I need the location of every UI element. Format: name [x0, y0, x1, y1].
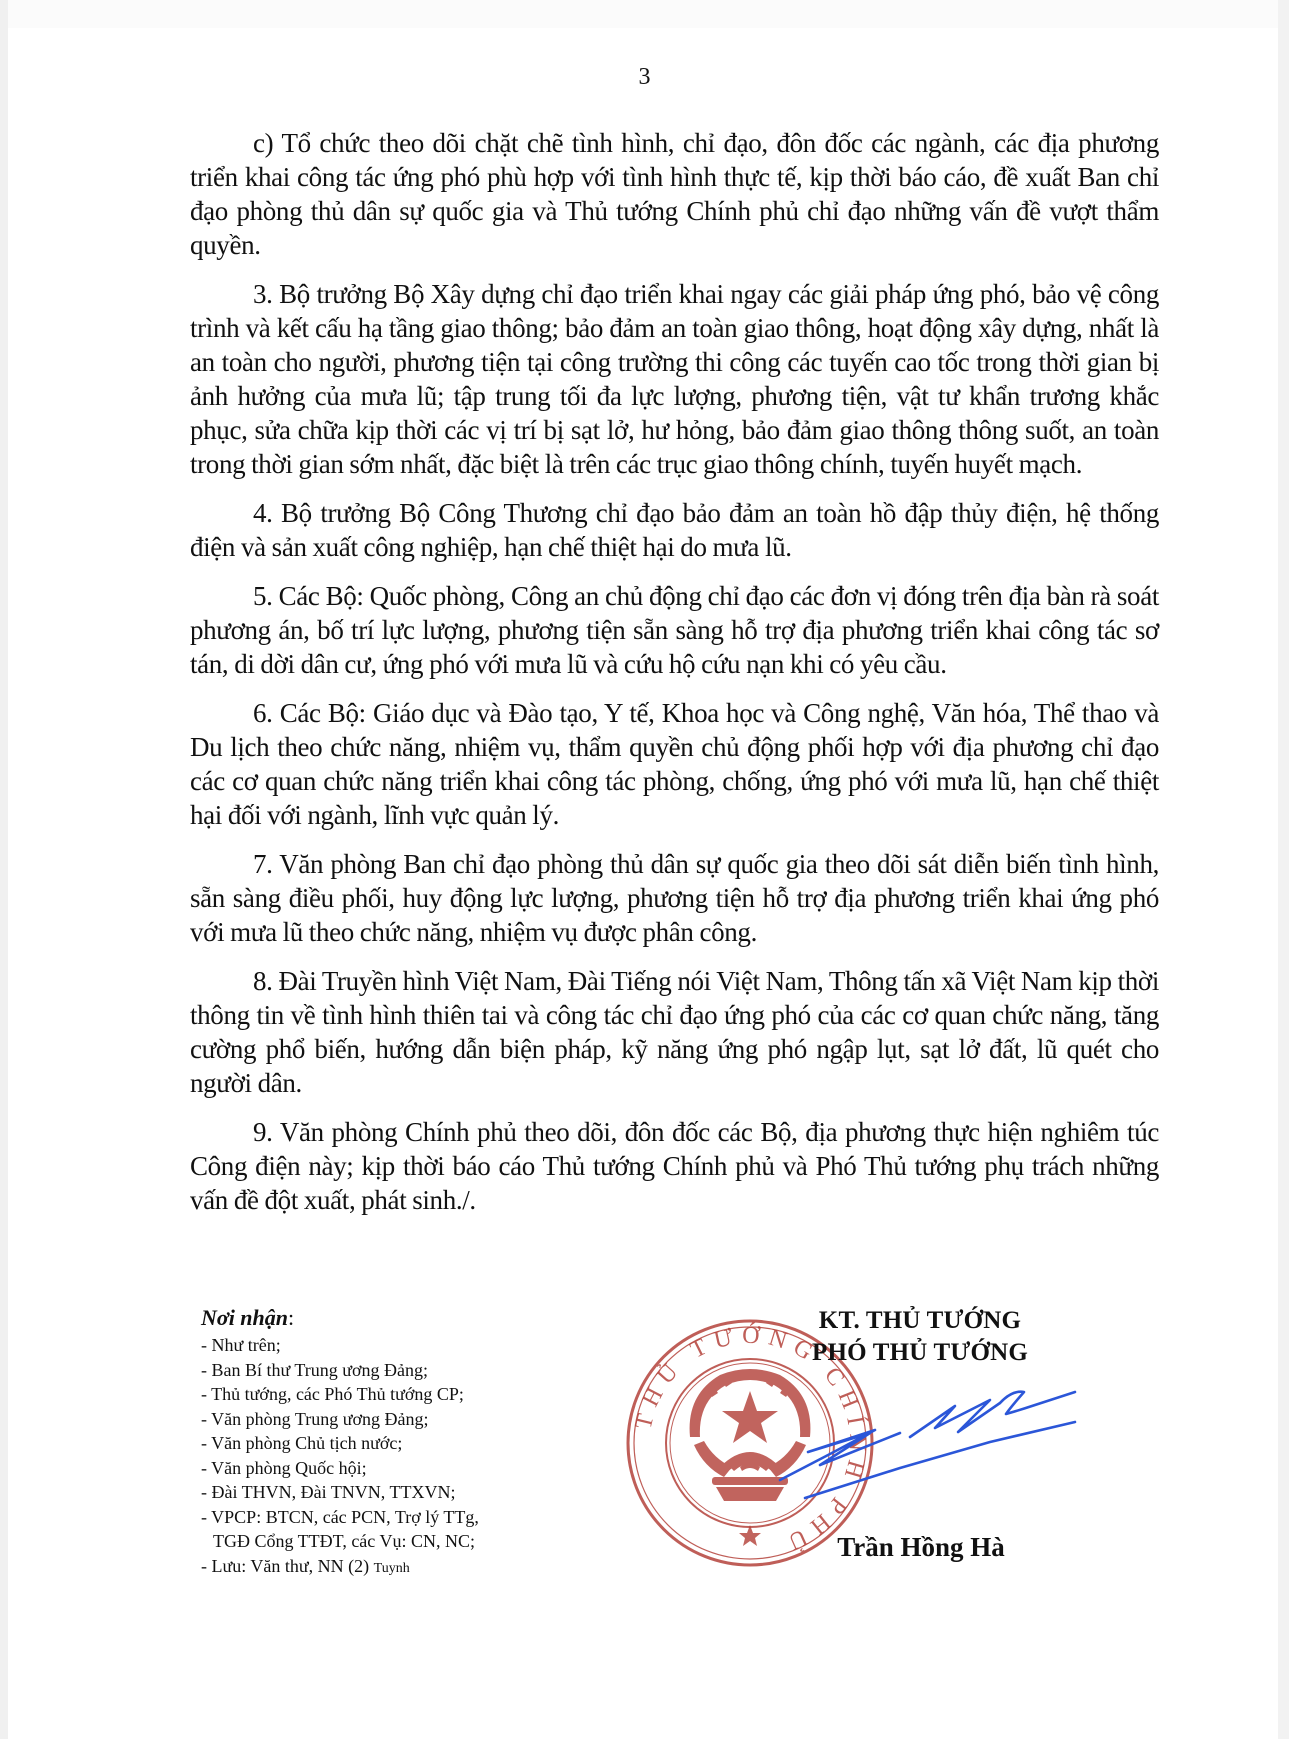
signature-authority-block: KT. THỦ TƯỚNG PHÓ THỦ TƯỚNG — [780, 1305, 1060, 1369]
recipients-block: Nơi nhận: - Như trên; - Ban Bí thư Trung… — [201, 1303, 601, 1581]
recipient-item: - Đài THVN, Đài TNVN, TTXVN; — [201, 1480, 601, 1505]
recipient-item-text: - VPCP: BTCN, các PCN, Trợ lý TTg, TGĐ C… — [201, 1507, 479, 1552]
page-edge-left — [0, 0, 8, 1739]
paragraph-5: 5. Các Bộ: Quốc phòng, Công an chủ động … — [190, 579, 1159, 681]
paragraph-9: 9. Văn phòng Chính phủ theo dõi, đôn đốc… — [190, 1115, 1159, 1217]
recipients-title-text: Nơi nhận — [201, 1305, 288, 1330]
paragraph-6: 6. Các Bộ: Giáo dục và Đào tạo, Y tế, Kh… — [190, 696, 1159, 832]
paragraph-7: 7. Văn phòng Ban chỉ đạo phòng thủ dân s… — [190, 847, 1159, 949]
recipient-item: - Thủ tướng, các Phó Thủ tướng CP; — [201, 1382, 601, 1407]
recipient-item: - Văn phòng Trung ương Đảng; — [201, 1407, 601, 1432]
handwritten-signature-icon — [760, 1370, 1100, 1510]
page-edge-top — [8, 0, 1278, 28]
paragraph-4: 4. Bộ trưởng Bộ Công Thương chỉ đạo bảo … — [190, 496, 1159, 564]
recipient-item: - Ban Bí thư Trung ương Đảng; — [201, 1358, 601, 1383]
paragraph-c: c) Tổ chức theo dõi chặt chẽ tình hình, … — [190, 126, 1159, 262]
recipients-list: - Như trên; - Ban Bí thư Trung ương Đảng… — [201, 1333, 601, 1581]
page-number: 3 — [0, 62, 1289, 92]
recipients-title: Nơi nhận: — [201, 1303, 601, 1333]
paragraph-3: 3. Bộ trưởng Bộ Xây dựng chỉ đạo triển k… — [190, 277, 1159, 481]
recipient-item: - Lưu: Văn thư, NN (2) Tuynh — [201, 1554, 601, 1582]
recipient-item: - Văn phòng Quốc hội; — [201, 1456, 601, 1481]
recipient-item-text: - Lưu: Văn thư, NN (2) — [201, 1556, 369, 1576]
paragraph-8: 8. Đài Truyền hình Việt Nam, Đài Tiếng n… — [190, 964, 1159, 1100]
signer-name: Trần Hồng Hà — [780, 1530, 1062, 1564]
recipient-item: - Như trên; — [201, 1333, 601, 1358]
recipient-item-wrapped: - VPCP: BTCN, các PCN, Trợ lý TTg, TGĐ C… — [201, 1505, 513, 1554]
recipients-title-colon: : — [288, 1305, 294, 1330]
authority-line-1: KT. THỦ TƯỚNG — [780, 1305, 1060, 1337]
document-body: c) Tổ chức theo dõi chặt chẽ tình hình, … — [190, 126, 1159, 1232]
recipient-drafter-initials: Tuynh — [374, 1561, 410, 1576]
authority-line-2: PHÓ THỦ TƯỚNG — [780, 1337, 1060, 1369]
recipient-item: - Văn phòng Chủ tịch nước; — [201, 1431, 601, 1456]
page-edge-right — [1278, 0, 1289, 1739]
